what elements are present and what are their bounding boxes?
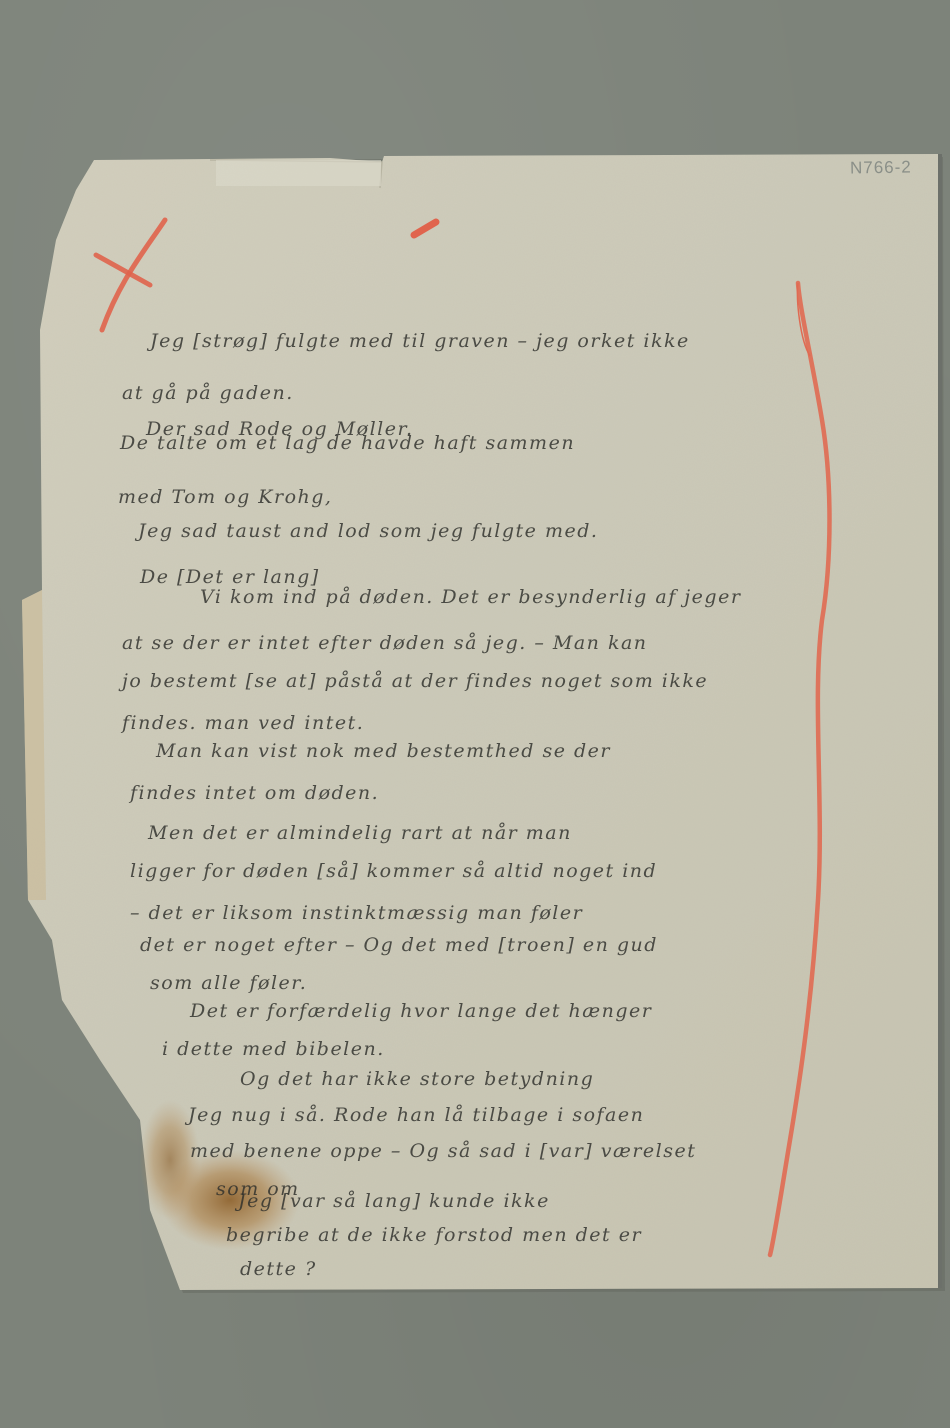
handwritten-line: Jeg [strøg] fulgte med til graven – jeg … [150, 330, 690, 352]
handwritten-line: i dette med bibelen. [162, 1038, 385, 1060]
handwritten-line: De talte om et lag de havde haft sammen [120, 432, 575, 454]
handwritten-line: Og det har ikke store betydning [240, 1068, 594, 1090]
handwritten-line: ligger for døden [så] kommer så altid no… [130, 860, 657, 882]
handwritten-line: De [Det er lang] [140, 566, 320, 588]
handwritten-line: Vi kom ind på døden. Det er besynderlig … [200, 586, 741, 608]
handwritten-line: jo bestemt [se at] påstå at der findes n… [122, 670, 708, 692]
handwritten-line: at gå på gaden. [122, 382, 294, 404]
handwritten-line: at se der er intet efter døden så jeg. –… [122, 632, 648, 654]
handwritten-line: Jeg [var så lang] kunde ikke [238, 1190, 550, 1212]
handwritten-line: – det er liksom instinktmæssig man føler [130, 902, 583, 924]
handwritten-line: det er noget efter – Og det med [troen] … [140, 934, 658, 956]
handwritten-line: Jeg nug i så. Rode han lå tilbage i sofa… [188, 1104, 644, 1126]
handwritten-line: findes intet om døden. [130, 782, 379, 804]
handwritten-line: med benene oppe – Og så sad i [var] være… [190, 1140, 696, 1162]
handwritten-line: Det er forfærdelig hvor lange det hænger [190, 1000, 652, 1022]
handwritten-line: dette ? [240, 1258, 317, 1280]
handwritten-line: som alle føler. [150, 972, 307, 994]
handwritten-line: Jeg sad taust and lod som jeg fulgte med… [138, 520, 598, 542]
manuscript-page: N766-2 Jeg [strøg] fulgte med til graven… [0, 0, 950, 1428]
handwritten-line: Men det er almindelig rart at når man [148, 822, 572, 844]
handwritten-line: begribe at de ikke forstod men det er [226, 1224, 642, 1246]
catalog-number: N766-2 [850, 157, 912, 178]
handwritten-line: med Tom og Krohg, [118, 486, 332, 508]
handwritten-line: findes. man ved intet. [122, 712, 364, 734]
handwritten-line: Man kan vist nok med bestemthed se der [156, 740, 611, 762]
